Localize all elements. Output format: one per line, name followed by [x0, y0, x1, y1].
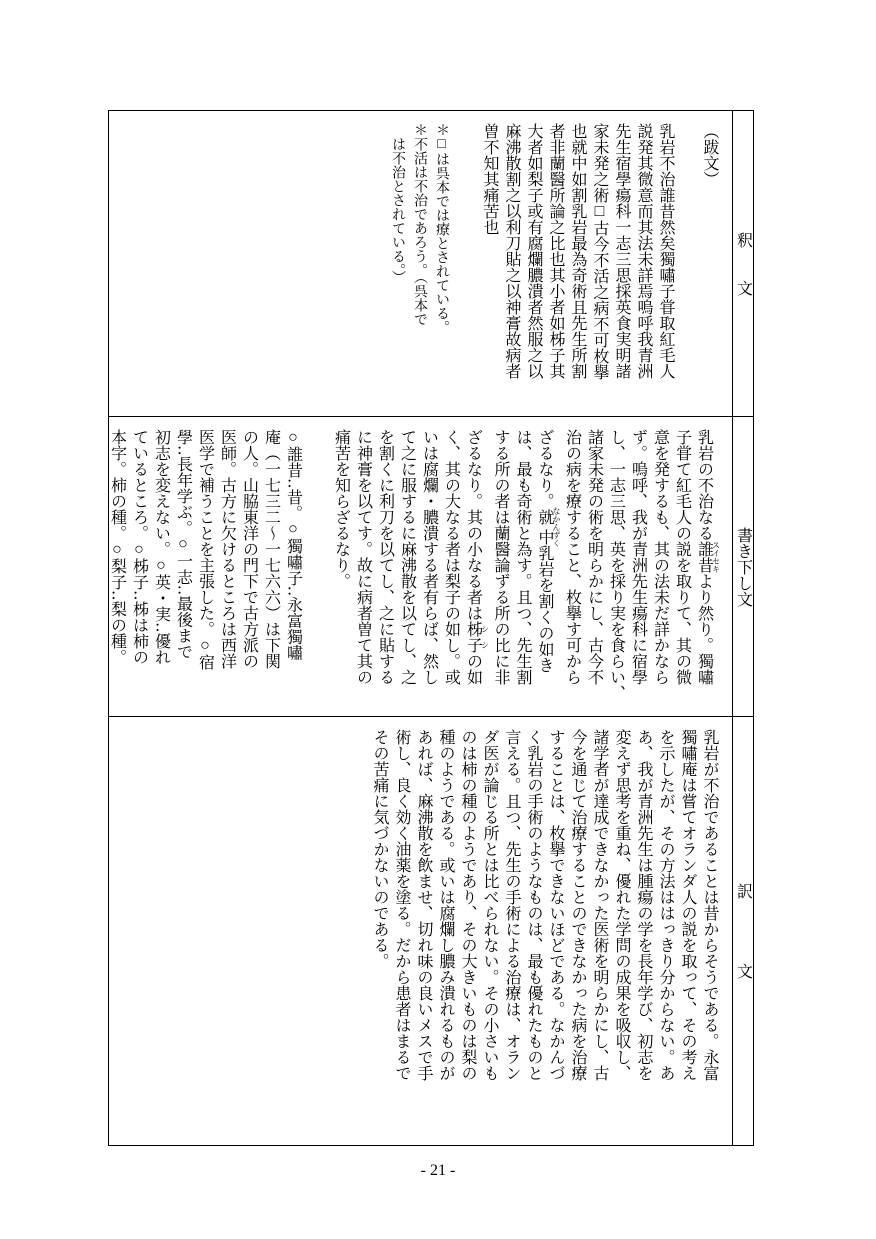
text-line: 乳岩不治誰昔然矣獨嘯子甞取紅毛人 — [654, 123, 676, 408]
text-line: 子甞て紅毛人の説を取りて、其の微 — [671, 429, 693, 708]
text-line: 諸家未発の術を明らかにし、古今不 — [583, 429, 605, 708]
text-line: 術し、良く効く油薬を塗る。だから患者はまるで — [390, 729, 412, 1137]
text-line: 庵（一七三二～一七六六）は下関 — [260, 429, 282, 708]
text-line: 言える。且つ、先生の手術による治療は、オラン — [500, 729, 522, 1137]
text-line: ているところ。○柹子‥柹は柿の — [128, 429, 150, 708]
shakubun-main-text: （跋文） 乳岩不治誰昔然矣獨嘯子甞取紅毛人説発其微意而其法未詳焉嗚呼我青洲先生宿… — [478, 123, 720, 408]
yakubun-label: 訳 文 — [732, 717, 753, 1145]
text-line: ざるなり。就中なかんずく乳岩を割くの如き — [533, 429, 561, 708]
text-line: 意を発するも、其の法未だ詳かなら — [649, 429, 671, 708]
yakubun-main-text: 乳岩が不治であることは昔からそうである。永富獨嘯庵は嘗てオランダ人の説を取って、… — [368, 729, 720, 1137]
yakubun-text: 乳岩が不治であることは昔からそうである。永富獨嘯庵は嘗てオランダ人の説を取って、… — [109, 717, 732, 1145]
kakikudashi-main-text: 乳岩の不治なる誰昔スイセキより然り。獨嘯子甞て紅毛人の説を取りて、其の微意を発す… — [330, 429, 721, 708]
text-line: て之に服するに麻沸散を以てし、之 — [396, 429, 418, 708]
text-line: 種のようである。或いは腐爛し膿み潰れるものが — [434, 729, 456, 1137]
furigana: なかんずく — [552, 507, 561, 547]
text-line: 也就中如割乳岩最為奇術且先生所割 — [566, 123, 588, 408]
shakubun-notes: ＊□は呉本では療とされている。＊不活は不治であろう。（呉本で は不治とされている… — [386, 123, 452, 408]
text-line: 先生宿學瘍科一志三思採英食実明諸 — [610, 123, 632, 408]
text-line: に神膏を以てす。故に病者曽て其の — [352, 429, 374, 708]
text-line: 學‥長年学ぶ。○一志‥最後まで — [172, 429, 194, 708]
text-line: の人。山脇東洋の門下で古方派の — [238, 429, 260, 708]
section-kakikudashi: 乳岩の不治なる誰昔スイセキより然り。獨嘯子甞て紅毛人の説を取りて、其の微意を発す… — [109, 416, 753, 716]
furigana: シシ — [481, 621, 490, 653]
text-line: 乳岩が不治であることは昔からそうである。永富 — [698, 729, 720, 1137]
text-line: 変えず思考を重ね、優れた学問の成果を吸収し、 — [610, 729, 632, 1137]
text-line: あ、我が青洲先生は腫瘍の学を長年学び、初志を — [632, 729, 654, 1137]
text-line: （跋文） — [698, 123, 720, 408]
text-line: を割くに利刀を以てし、之に貼する — [374, 429, 396, 708]
text-line: 今を通じて治療することのできなかった病を治療 — [566, 729, 588, 1137]
kakikudashi-label-text: 書き下し文 — [732, 527, 755, 607]
text-line: 曽不知其痛苦也 — [478, 123, 500, 408]
section-shakubun: （跋文） 乳岩不治誰昔然矣獨嘯子甞取紅毛人説発其微意而其法未詳焉嗚呼我青洲先生宿… — [109, 111, 753, 416]
text-line: 説発其微意而其法未詳焉嗚呼我青洲 — [632, 123, 654, 408]
text-line: は不治とされている。） — [386, 123, 408, 408]
text-line: 者非蘭醫所論之比也其小者如柹子其 — [544, 123, 566, 408]
text-line: あれば、麻沸散を飲ませ、切れ味の良いメスで手 — [412, 729, 434, 1137]
text-line: 本字。柿の種。○梨子‥梨の種。 — [109, 429, 128, 708]
shakubun-label: 釈 文 — [732, 111, 753, 416]
document-page: （跋文） 乳岩不治誰昔然矣獨嘯子甞取紅毛人説発其微意而其法未詳焉嗚呼我青洲先生宿… — [0, 0, 876, 1239]
ruby-annotated-text: 柹子シシ — [465, 621, 482, 653]
text-line: く、其の大なる者は梨子の如し。或 — [440, 429, 462, 708]
text-line: ○誰昔‥昔。○獨嘯子‥永富獨嘯 — [282, 429, 304, 708]
text-line: 初志を変えない。○英・実‥優れ — [150, 429, 172, 708]
text-line: を示したが、その方法ははっきり分からない。あ — [654, 729, 676, 1137]
text-line: ず。嗚呼、我が青洲先生瘍科に宿學 — [627, 429, 649, 708]
text-line: ＊不活は不治であろう。（呉本で — [408, 123, 430, 408]
text-line: 諸学者が達成できなかった医術を明らかにし、古 — [588, 729, 610, 1137]
text-line: 家未発之術□古今不活之病不可枚擧 — [588, 123, 610, 408]
text-line: ダ医が論じる所とは比べられない。その小さいも — [478, 729, 500, 1137]
text-line: する所の者は蘭醫論ずる所の比に非 — [489, 429, 511, 708]
text-line — [676, 123, 698, 408]
text-line: ＊□は呉本では療とされている。 — [430, 123, 452, 408]
text-line: 大者如梨子或有腐爛膿潰者然服之以 — [522, 123, 544, 408]
page-number: - 21 - — [0, 1162, 876, 1180]
shakubun-text: （跋文） 乳岩不治誰昔然矣獨嘯子甞取紅毛人説発其微意而其法未詳焉嗚呼我青洲先生宿… — [109, 111, 732, 416]
kakikudashi-label: 書き下し文 — [732, 417, 753, 716]
text-line: 医学で補うことを主張した。○宿 — [194, 429, 216, 708]
ruby-annotated-text: 誰昔スイセキ — [696, 541, 713, 573]
furigana: スイセキ — [712, 541, 721, 573]
text-line: し、一志三思、英を採り実を食らい、 — [605, 429, 627, 708]
shakubun-label-text: 釈 文 — [732, 232, 755, 296]
text-line: 乳岩の不治なる誰昔スイセキより然り。獨嘯 — [693, 429, 721, 708]
text-line: のは柿の種のようであり、その大きいものは梨の — [456, 729, 478, 1137]
text-grid: （跋文） 乳岩不治誰昔然矣獨嘯子甞取紅毛人説発其微意而其法未詳焉嗚呼我青洲先生宿… — [108, 110, 754, 1146]
text-line: その苦痛に気づかないのである。 — [368, 729, 390, 1137]
text-line: することは、枚擧できないほどである。なかんづ — [544, 729, 566, 1137]
section-yakubun: 乳岩が不治であることは昔からそうである。永富獨嘯庵は嘗てオランダ人の説を取って、… — [109, 716, 753, 1145]
kakikudashi-text: 乳岩の不治なる誰昔スイセキより然り。獨嘯子甞て紅毛人の説を取りて、其の微意を発す… — [109, 417, 732, 716]
text-line: ざるなり。其の小なる者は柹子シシの如 — [462, 429, 490, 708]
text-line: く乳岩の手術のようなものは、最も優れたものと — [522, 729, 544, 1137]
yakubun-label-text: 訳 文 — [732, 883, 755, 979]
kakikudashi-annotations: ○誰昔‥昔。○獨嘯子‥永富獨嘯庵（一七三二～一七六六）は下関の人。山脇東洋の門下… — [109, 429, 304, 708]
text-line: 麻沸散割之以利刀貼之以神膏故病者 — [500, 123, 522, 408]
text-line: いは腐爛・膿潰する者有らば、然し — [418, 429, 440, 708]
text-line: 医師。古方に欠けるところは西洋 — [216, 429, 238, 708]
ruby-annotated-text: 就中なかんずく — [536, 509, 553, 545]
text-line: 痛苦を知らざるなり。 — [330, 429, 352, 708]
text-line: 獨嘯庵は嘗てオランダ人の説を取って、その考え — [676, 729, 698, 1137]
text-line: は、最も奇術と為す。且つ、先生割 — [511, 429, 533, 708]
text-line: 治の病を療すること、枚擧す可から — [561, 429, 583, 708]
